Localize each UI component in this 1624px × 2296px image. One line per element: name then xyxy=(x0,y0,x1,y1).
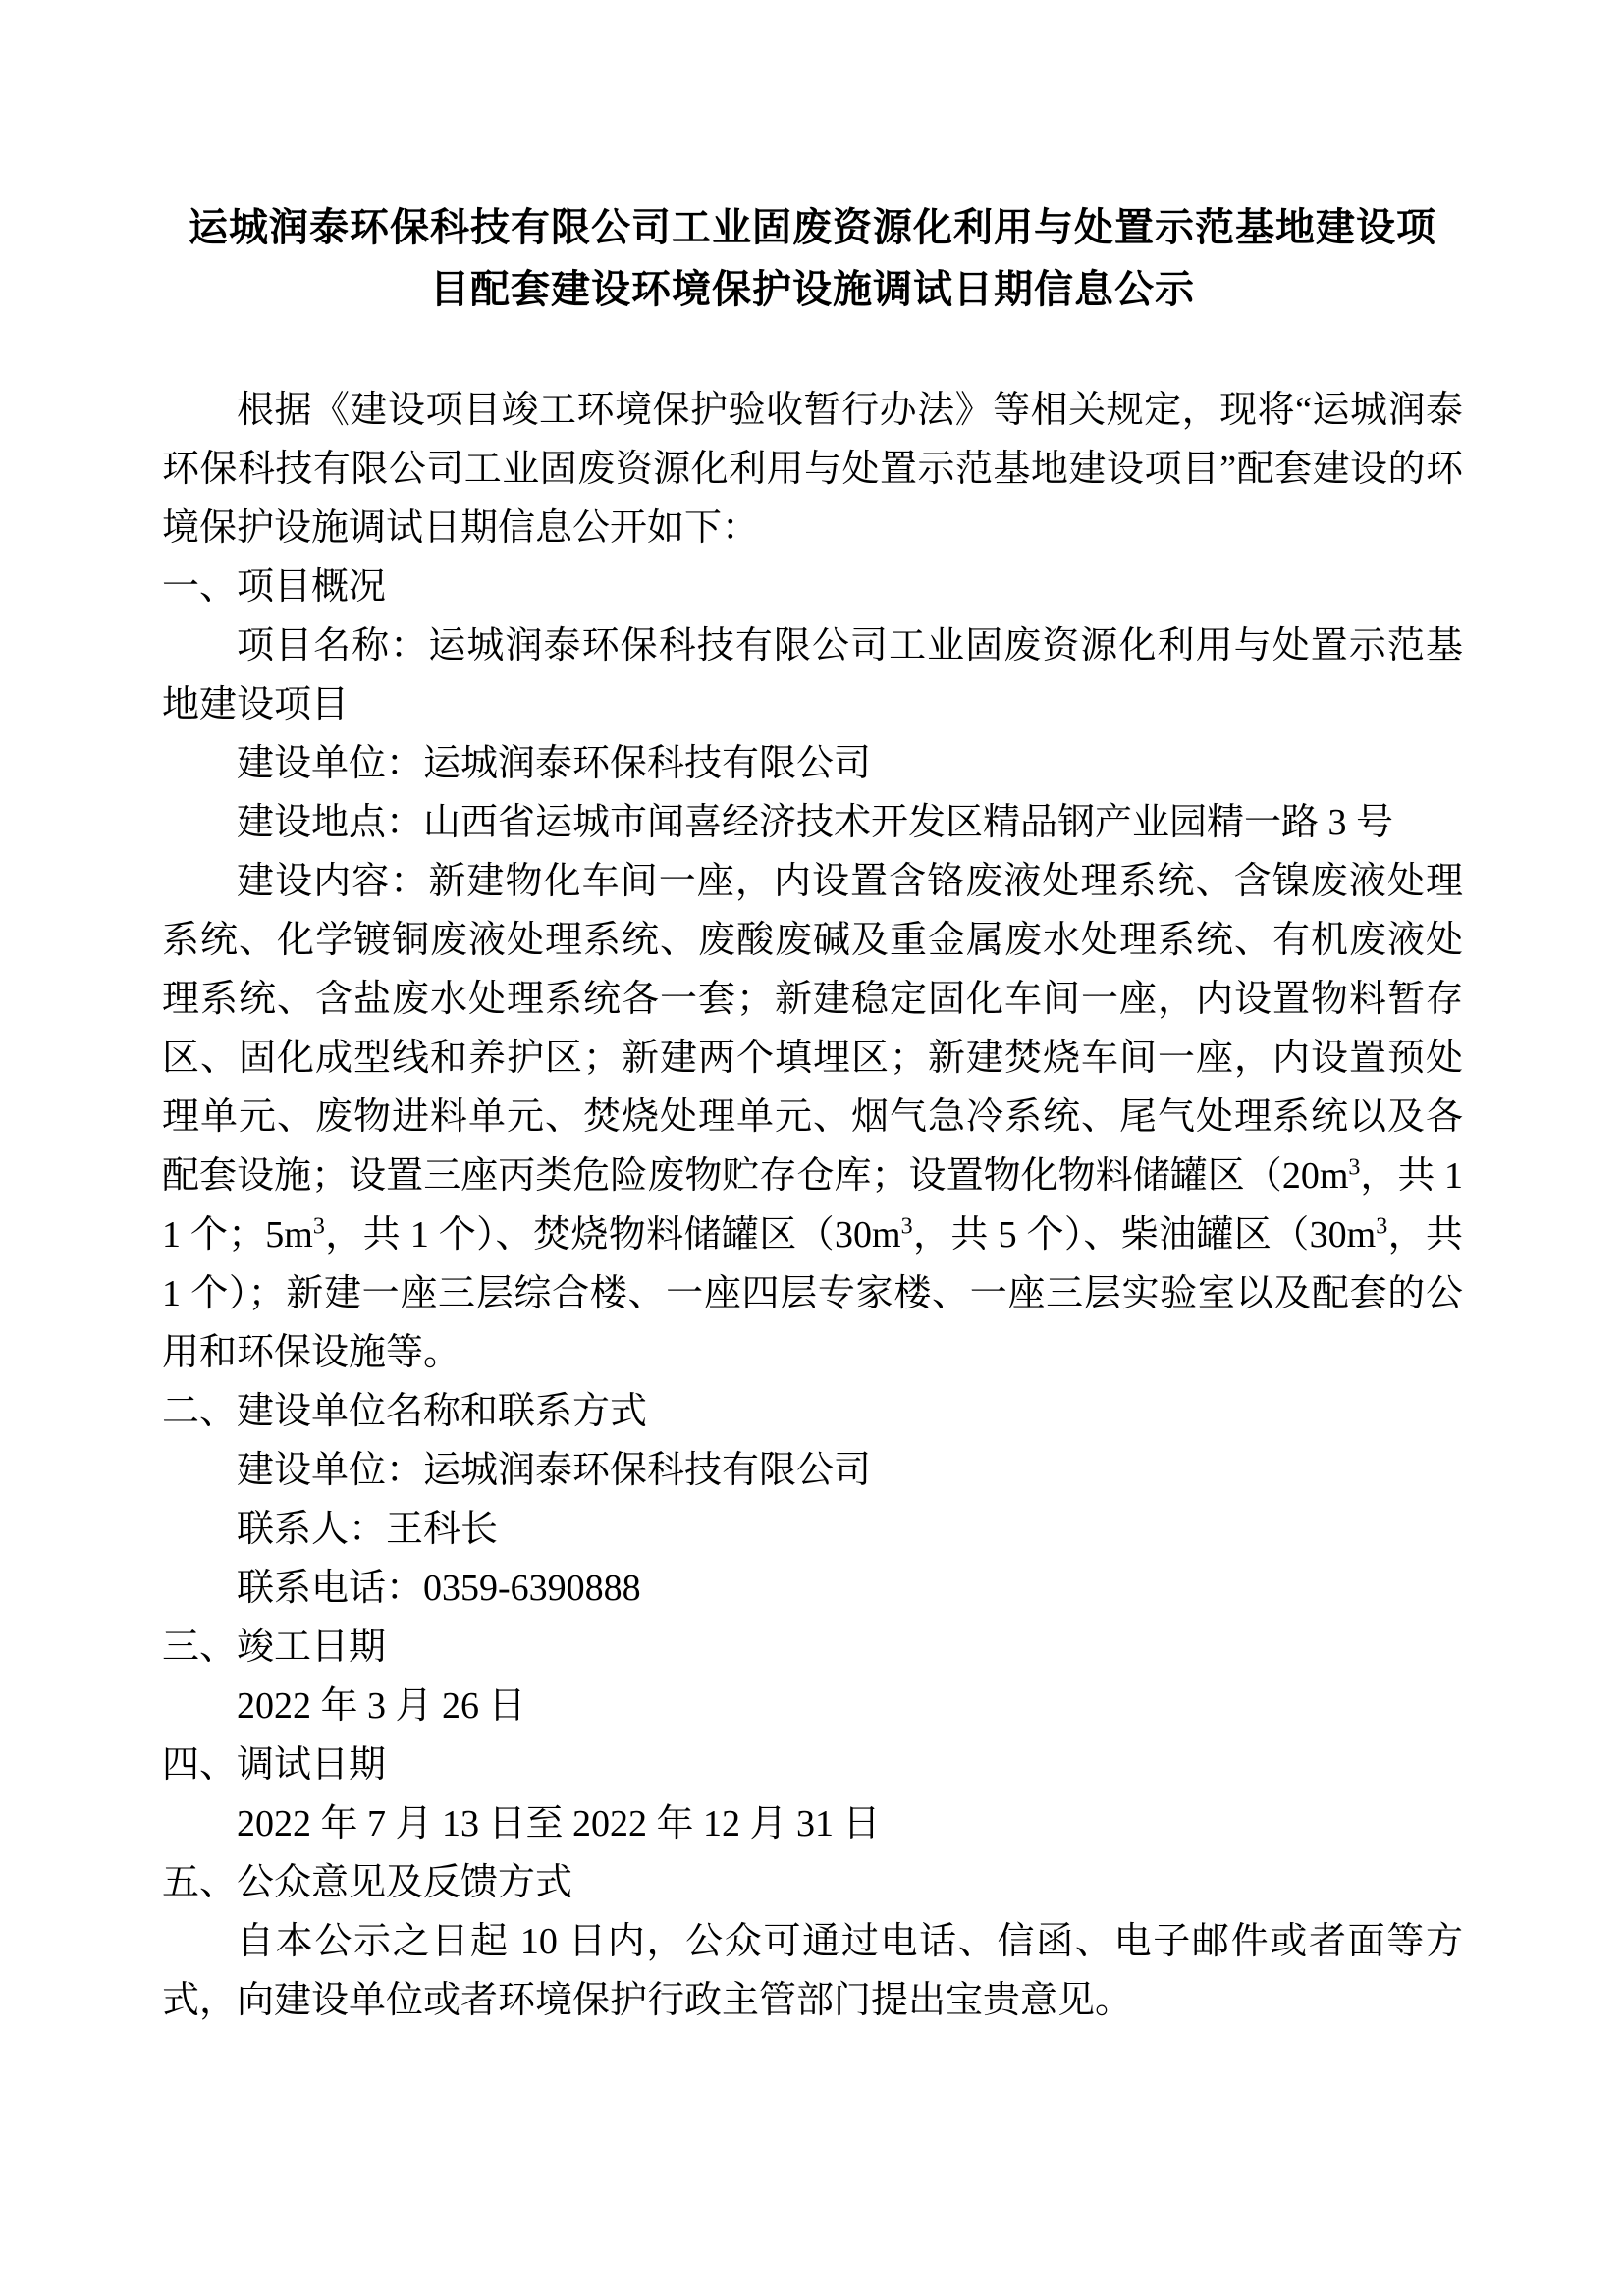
paragraph: 项目名称：运城润泰环保科技有限公司工业固废资源化利用与处置示范基地建设项目 xyxy=(162,616,1463,734)
paragraph: 建设单位：运城润泰环保科技有限公司 xyxy=(162,734,1463,793)
section-heading: 五、公众意见及反馈方式 xyxy=(162,1853,1463,1912)
section-heading: 二、建设单位名称和联系方式 xyxy=(162,1382,1463,1441)
paragraph: 2022 年 7 月 13 日至 2022 年 12 月 31 日 xyxy=(162,1794,1463,1853)
paragraph: 联系人：王科长 xyxy=(162,1500,1463,1559)
paragraph: 建设地点：山西省运城市闻喜经济技术开发区精品钢产业园精一路 3 号 xyxy=(162,793,1463,852)
superscript: 3 xyxy=(1348,1154,1360,1180)
paragraph: 建设内容：新建物化车间一座，内设置含铬废液处理系统、含镍废液处理系统、化学镀铜废… xyxy=(162,852,1463,1382)
document-title-line-1: 运城润泰环保科技有限公司工业固废资源化利用与处置示范基地建设项 xyxy=(162,196,1463,258)
section-heading: 四、调试日期 xyxy=(162,1735,1463,1794)
paragraph: 联系电话：0359-6390888 xyxy=(162,1559,1463,1618)
document-title: 运城润泰环保科技有限公司工业固废资源化利用与处置示范基地建设项 目配套建设环境保… xyxy=(162,196,1463,320)
paragraph: 建设单位：运城润泰环保科技有限公司 xyxy=(162,1441,1463,1500)
superscript: 3 xyxy=(313,1213,325,1239)
document-page: 运城润泰环保科技有限公司工业固废资源化利用与处置示范基地建设项 目配套建设环境保… xyxy=(0,0,1624,2296)
section-heading: 一、项目概况 xyxy=(162,558,1463,616)
section-heading: 三、竣工日期 xyxy=(162,1618,1463,1677)
paragraph: 2022 年 3 月 26 日 xyxy=(162,1677,1463,1735)
paragraph: 自本公示之日起 10 日内，公众可通过电话、信函、电子邮件或者面等方式，向建设单… xyxy=(162,1912,1463,2030)
superscript: 3 xyxy=(1376,1213,1387,1239)
document-body: 根据《建设项目竣工环境保护验收暂行办法》等相关规定，现将“运城润泰环保科技有限公… xyxy=(162,381,1463,2030)
document-title-line-2: 目配套建设环境保护设施调试日期信息公示 xyxy=(162,258,1463,320)
paragraph: 根据《建设项目竣工环境保护验收暂行办法》等相关规定，现将“运城润泰环保科技有限公… xyxy=(162,381,1463,558)
superscript: 3 xyxy=(901,1213,913,1239)
